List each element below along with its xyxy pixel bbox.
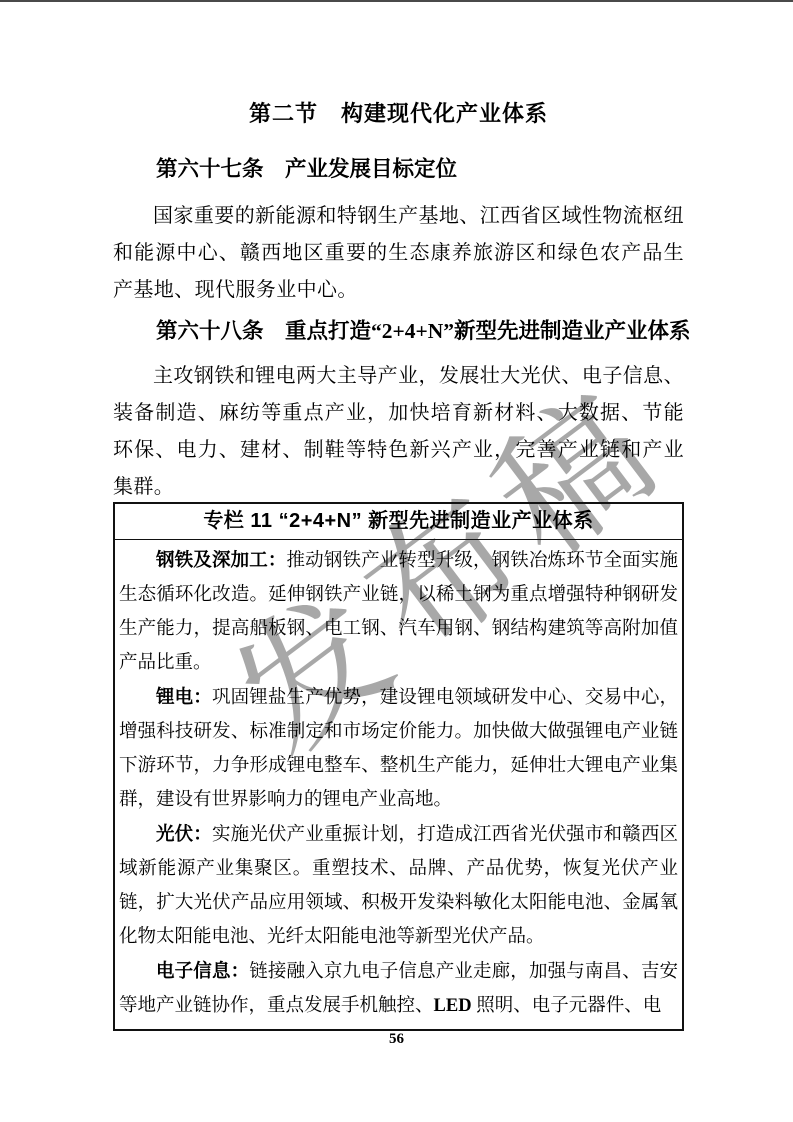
box-item-electronics-text-after: 照明、电子元器件、电 (472, 996, 662, 1016)
box-item-steel: 钢铁及深加工：推动钢铁产业转型升级，钢铁冶炼环节全面实施生态循环化改造。延伸钢铁… (119, 543, 678, 680)
box-item-electronics-label: 电子信息： (156, 960, 249, 981)
article-68-heading: 第六十八条 重点打造“2+4+N”新型先进制造业产业体系 (113, 315, 684, 347)
article-67-heading: 第六十七条 产业发展目标定位 (113, 153, 684, 185)
document-page: 发布稿 第二节 构建现代化产业体系 第六十七条 产业发展目标定位 国家重要的新能… (0, 0, 793, 1122)
box-item-photovoltaic-label: 光伏： (156, 823, 212, 844)
special-column-11-box: 专栏 11 “2+4+N” 新型先进制造业产业体系 钢铁及深加工：推动钢铁产业转… (113, 502, 684, 1031)
box-item-photovoltaic: 光伏：实施光伏产业重振计划，打造成江西省光伏强市和赣西区域新能源产业集聚区。重塑… (119, 817, 678, 954)
box-item-electronics-led: LED (434, 996, 472, 1016)
special-column-body: 钢铁及深加工：推动钢铁产业转型升级，钢铁冶炼环节全面实施生态循环化改造。延伸钢铁… (115, 540, 682, 1029)
document-content: 第二节 构建现代化产业体系 第六十七条 产业发展目标定位 国家重要的新能源和特钢… (113, 0, 684, 1031)
box-item-lithium: 锂电：巩固锂盐生产优势，建设锂电领域研发中心、交易中心，增强科技研发、标准制定和… (119, 680, 678, 817)
section-title: 第二节 构建现代化产业体系 (113, 97, 684, 131)
box-item-electronics: 电子信息：链接融入京九电子信息产业走廊，加强与南昌、吉安等地产业链协作，重点发展… (119, 954, 678, 1023)
page-number: 56 (0, 1031, 793, 1048)
special-column-title: 专栏 11 “2+4+N” 新型先进制造业产业体系 (115, 504, 682, 540)
article-68-body: 主攻钢铁和锂电两大主导产业，发展壮大光伏、电子信息、装备制造、麻纺等重点产业，加… (113, 358, 684, 506)
box-item-steel-label: 钢铁及深加工： (156, 549, 287, 570)
article-67-body: 国家重要的新能源和特钢生产基地、江西省区域性物流枢纽和能源中心、赣西地区重要的生… (113, 198, 684, 309)
box-item-lithium-label: 锂电： (156, 686, 212, 707)
